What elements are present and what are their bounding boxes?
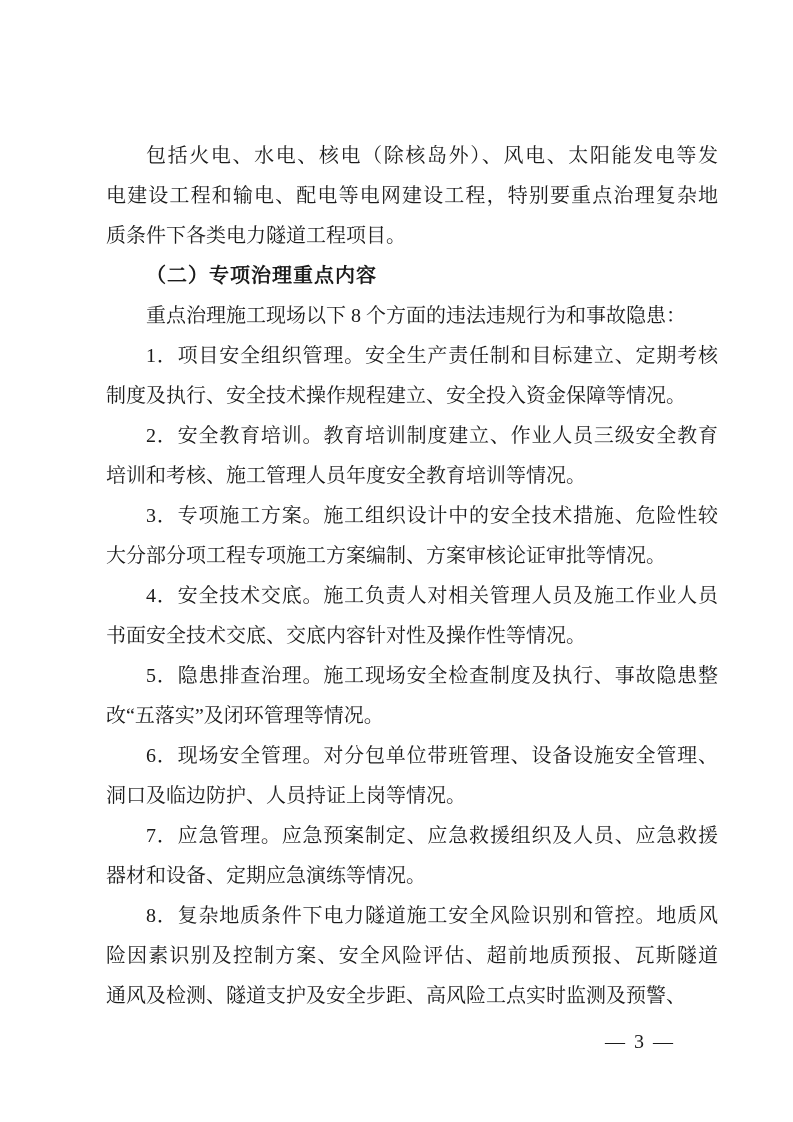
paragraph: 7．应急管理。应急预案制定、应急救援组织及人员、应急救援器材和设备、定期应急演练… xyxy=(106,816,718,896)
text-line: 重点治理施工现场以下 8 个方面的违法违规行为和事故隐患： xyxy=(106,296,718,336)
paragraph: 2．安全教育培训。教育培训制度建立、作业人员三级安全教育培训和考核、施工管理人员… xyxy=(106,416,718,496)
text-line: 3．专项施工方案。施工组织设计中的安全技术措施、危险性较 xyxy=(106,496,718,536)
text-line: 5．隐患排查治理。施工现场安全检查制度及执行、事故隐患整 xyxy=(106,656,718,696)
text-line: 器材和设备、定期应急演练等情况。 xyxy=(106,856,718,896)
paragraph: 包括火电、水电、核电（除核岛外）、风电、太阳能发电等发电建设工程和输电、配电等电… xyxy=(106,136,718,256)
page-footer: — 3 — xyxy=(605,1022,675,1062)
page-number: — 3 — xyxy=(605,1031,675,1053)
text-line: 8．复杂地质条件下电力隧道施工安全风险识别和管控。地质风 xyxy=(106,896,718,936)
text-line: 洞口及临边防护、人员持证上岗等情况。 xyxy=(106,776,718,816)
text-line: 1．项目安全组织管理。安全生产责任制和目标建立、定期考核 xyxy=(106,336,718,376)
section-heading: （二）专项治理重点内容 xyxy=(106,256,718,296)
text-line: 包括火电、水电、核电（除核岛外）、风电、太阳能发电等发 xyxy=(106,136,718,176)
document-body: 包括火电、水电、核电（除核岛外）、风电、太阳能发电等发电建设工程和输电、配电等电… xyxy=(106,136,718,1016)
text-line: 险因素识别及控制方案、安全风险评估、超前地质预报、瓦斯隧道 xyxy=(106,936,718,976)
paragraph: 3．专项施工方案。施工组织设计中的安全技术措施、危险性较大分部分项工程专项施工方… xyxy=(106,496,718,576)
text-line: 电建设工程和输电、配电等电网建设工程，特别要重点治理复杂地 xyxy=(106,176,718,216)
paragraph: 4．安全技术交底。施工负责人对相关管理人员及施工作业人员书面安全技术交底、交底内… xyxy=(106,576,718,656)
document-page: 包括火电、水电、核电（除核岛外）、风电、太阳能发电等发电建设工程和输电、配电等电… xyxy=(0,0,793,1122)
text-line: 2．安全教育培训。教育培训制度建立、作业人员三级安全教育 xyxy=(106,416,718,456)
paragraph: 6．现场安全管理。对分包单位带班管理、设备设施安全管理、洞口及临边防护、人员持证… xyxy=(106,736,718,816)
text-line: 改“五落实”及闭环管理等情况。 xyxy=(106,696,718,736)
text-line: 6．现场安全管理。对分包单位带班管理、设备设施安全管理、 xyxy=(106,736,718,776)
text-line: （二）专项治理重点内容 xyxy=(106,256,718,296)
text-line: 制度及执行、安全技术操作规程建立、安全投入资金保障等情况。 xyxy=(106,376,718,416)
paragraph: 5．隐患排查治理。施工现场安全检查制度及执行、事故隐患整改“五落实”及闭环管理等… xyxy=(106,656,718,736)
text-line: 4．安全技术交底。施工负责人对相关管理人员及施工作业人员 xyxy=(106,576,718,616)
text-line: 书面安全技术交底、交底内容针对性及操作性等情况。 xyxy=(106,616,718,656)
text-line: 7．应急管理。应急预案制定、应急救援组织及人员、应急救援 xyxy=(106,816,718,856)
paragraph: 8．复杂地质条件下电力隧道施工安全风险识别和管控。地质风险因素识别及控制方案、安… xyxy=(106,896,718,1016)
text-line: 通风及检测、隧道支护及安全步距、高风险工点实时监测及预警、 xyxy=(106,976,718,1016)
paragraph: 重点治理施工现场以下 8 个方面的违法违规行为和事故隐患： xyxy=(106,296,718,336)
paragraph: 1．项目安全组织管理。安全生产责任制和目标建立、定期考核制度及执行、安全技术操作… xyxy=(106,336,718,416)
text-line: 质条件下各类电力隧道工程项目。 xyxy=(106,216,718,256)
text-line: 培训和考核、施工管理人员年度安全教育培训等情况。 xyxy=(106,456,718,496)
text-line: 大分部分项工程专项施工方案编制、方案审核论证审批等情况。 xyxy=(106,536,718,576)
